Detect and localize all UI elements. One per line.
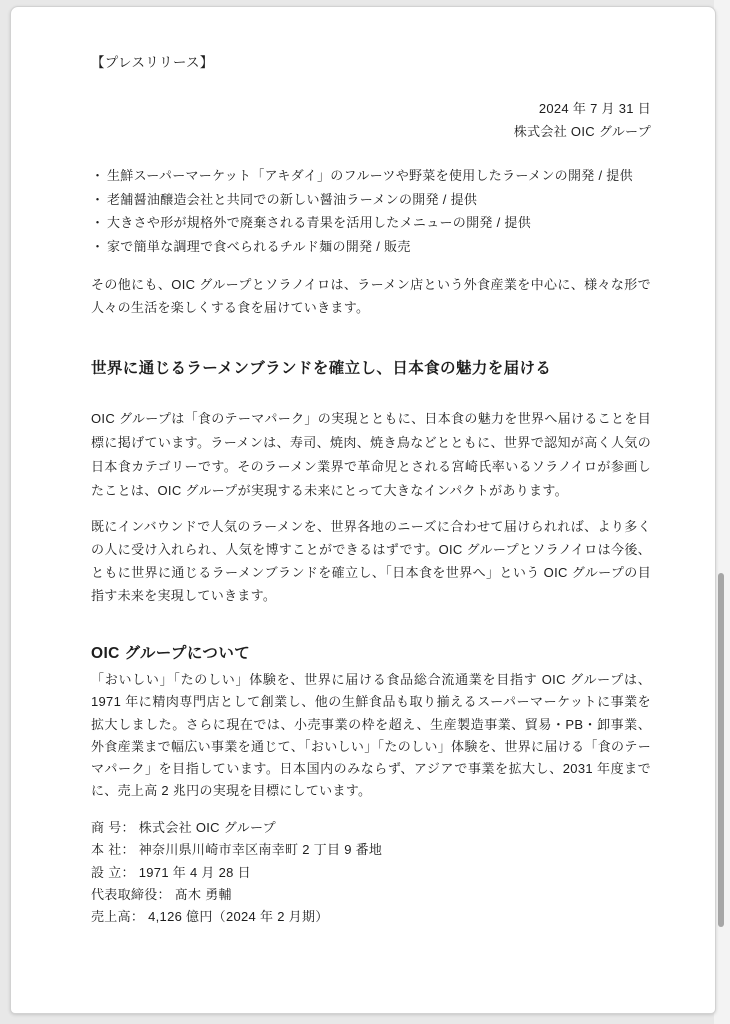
document-viewer: 【プレスリリース】 2024 年 7 月 31 日 株式会社 OIC グループ … [0,0,730,1024]
document-page: 【プレスリリース】 2024 年 7 月 31 日 株式会社 OIC グループ … [10,6,716,1014]
bullet-item: ・ 生鮮スーパーマーケット「アキダイ」のフルーツや野菜を使用したラーメンの開発 … [91,164,651,188]
scrollbar-thumb[interactable] [718,573,724,927]
bullet-item: ・ 老舗醤油醸造会社と共同での新しい醤油ラーメンの開発 / 提供 [91,188,651,212]
initiative-bullet-list: ・ 生鮮スーパーマーケット「アキダイ」のフルーツや野菜を使用したラーメンの開発 … [91,164,651,258]
fact-established: 設 立： 1971 年 4 月 28 日 [91,862,651,884]
bullet-text: 老舗醤油醸造会社と共同での新しい醤油ラーメンの開発 / 提供 [107,188,477,212]
bullet-marker-icon: ・ [91,188,107,212]
section1-paragraph-2: 既にインバウンドで人気のラーメンを、世界各地のニーズに合わせて届けられれば、より… [91,515,651,607]
fact-representative: 代表取締役： 髙木 勇輔 [91,884,651,906]
intro-paragraph: その他にも、OIC グループとソラノイロは、ラーメン店という外食産業を中心に、様… [91,273,651,319]
bullet-text: 生鮮スーパーマーケット「アキダイ」のフルーツや野菜を使用したラーメンの開発 / … [107,164,633,188]
press-release-tag: 【プレスリリース】 [91,51,651,74]
fact-revenue: 売上高： 4,126 億円（2024 年 2 月期） [91,906,651,928]
section-heading-global-brand: 世界に通じるラーメンブランドを確立し、日本食の魅力を届ける [91,357,651,380]
section2-paragraph-1: 「おいしい」「たのしい」体験を、世界に届ける食品総合流通業を目指す OIC グル… [91,669,651,803]
scrollbar-track [714,0,730,1024]
fact-trade-name: 商 号： 株式会社 OIC グループ [91,817,651,839]
section-heading-about-oic: OIC グループについて [91,642,651,665]
bullet-text: 家で簡単な調理で食べられるチルド麺の開発 / 販売 [107,235,411,259]
fact-head-office: 本 社： 神奈川県川崎市幸区南幸町 2 丁目 9 番地 [91,839,651,861]
bullet-item: ・ 大きさや形が規格外で廃棄される青果を活用したメニューの開発 / 提供 [91,211,651,235]
company-facts: 商 号： 株式会社 OIC グループ 本 社： 神奈川県川崎市幸区南幸町 2 丁… [91,817,651,928]
bullet-marker-icon: ・ [91,211,107,235]
bullet-marker-icon: ・ [91,235,107,259]
publisher-company-name: 株式会社 OIC グループ [91,120,651,143]
section1-paragraph-1: OIC グループは「食のテーマパーク」の実現とともに、日本食の魅力を世界へ届ける… [91,407,651,503]
bullet-text: 大きさや形が規格外で廃棄される青果を活用したメニューの開発 / 提供 [107,211,531,235]
page-content: 【プレスリリース】 2024 年 7 月 31 日 株式会社 OIC グループ … [91,7,651,1013]
bullet-marker-icon: ・ [91,164,107,188]
release-date: 2024 年 7 月 31 日 [91,97,651,120]
release-meta: 2024 年 7 月 31 日 株式会社 OIC グループ [91,97,651,143]
bullet-item: ・ 家で簡単な調理で食べられるチルド麺の開発 / 販売 [91,235,651,259]
